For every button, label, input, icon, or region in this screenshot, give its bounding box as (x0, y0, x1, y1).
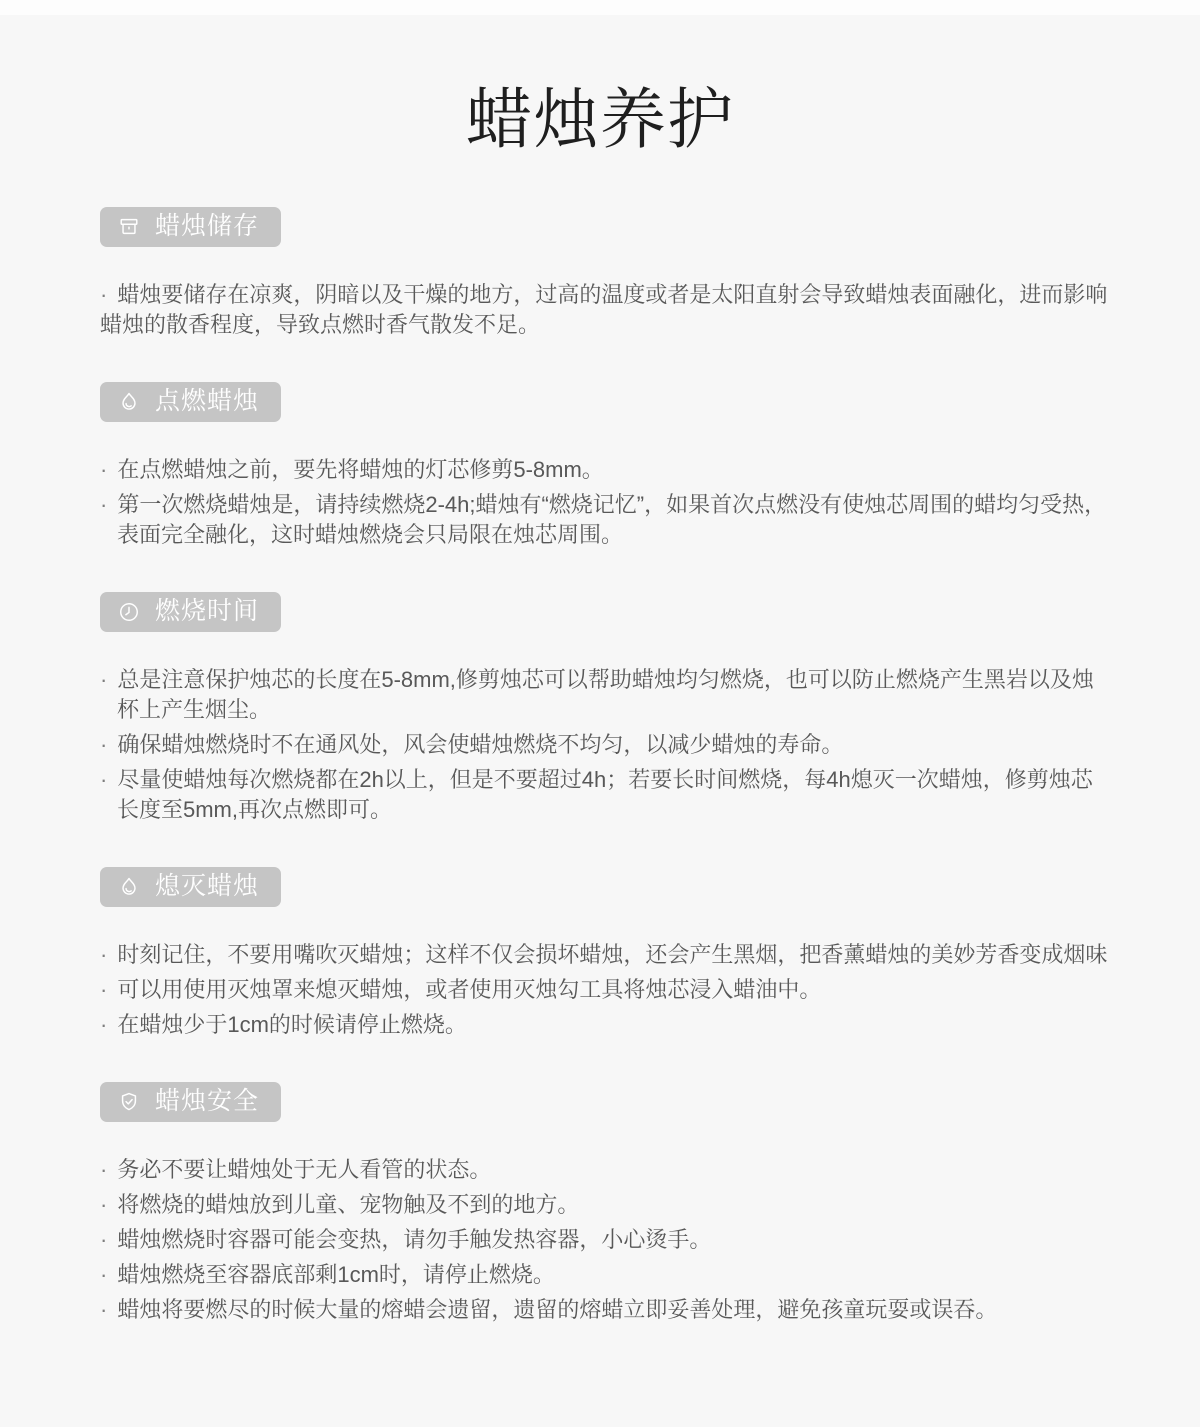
bullet-item: 时刻记住，不要用嘴吹灭蜡烛；这样不仅会损坏蜡烛，还会产生黑烟，把香薰蜡烛的美妙芳… (100, 940, 1108, 970)
section-badge-safety: 蜡烛安全 (100, 1082, 281, 1122)
section-badge-label: 燃烧时间 (155, 599, 259, 626)
section-badge-burn-time: 燃烧时间 (100, 592, 281, 632)
bullet-item: 确保蜡烛燃烧时不在通风处，风会使蜡烛燃烧不均匀，以减少蜡烛的寿命。 (100, 730, 1108, 760)
section-badge-label: 熄灭蜡烛 (155, 874, 259, 901)
section-lighting-candle: 点燃蜡烛 在点燃蜡烛之前，要先将蜡烛的灯芯修剪5-8mm。 第一次燃烧蜡烛是，请… (100, 382, 1108, 550)
flame-icon (118, 876, 140, 898)
section-candle-storage: 蜡烛储存 蜡烛要储存在凉爽，阴暗以及干燥的地方，过高的温度或者是太阳直射会导致蜡… (100, 207, 1108, 340)
bullet-list: 蜡烛要储存在凉爽，阴暗以及干燥的地方，过高的温度或者是太阳直射会导致蜡烛表面融化… (100, 280, 1108, 340)
section-badge-label: 蜡烛安全 (155, 1089, 259, 1116)
bullet-list: 务必不要让蜡烛处于无人看管的状态。 将燃烧的蜡烛放到儿童、宠物触及不到的地方。 … (100, 1155, 1108, 1325)
bullet-item: 蜡烛要储存在凉爽，阴暗以及干燥的地方，过高的温度或者是太阳直射会导致蜡烛表面融化… (100, 280, 1108, 340)
clock-icon (118, 601, 140, 623)
bullet-item: 在蜡烛少于1cm的时候请停止燃烧。 (100, 1010, 1108, 1040)
flame-icon (118, 391, 140, 413)
bullet-item: 可以用使用灭烛罩来熄灭蜡烛，或者使用灭烛勾工具将烛芯浸入蜡油中。 (100, 975, 1108, 1005)
section-badge-lighting: 点燃蜡烛 (100, 382, 281, 422)
section-extinguish-candle: 熄灭蜡烛 时刻记住，不要用嘴吹灭蜡烛；这样不仅会损坏蜡烛，还会产生黑烟，把香薰蜡… (100, 867, 1108, 1040)
page-top-strip (0, 0, 1200, 15)
bullet-list: 在点燃蜡烛之前，要先将蜡烛的灯芯修剪5-8mm。 第一次燃烧蜡烛是，请持续燃烧2… (100, 455, 1108, 550)
bullet-item: 在点燃蜡烛之前，要先将蜡烛的灯芯修剪5-8mm。 (100, 455, 1108, 485)
storage-box-icon (118, 216, 140, 238)
bullet-item: 总是注意保护烛芯的长度在5-8mm,修剪烛芯可以帮助蜡烛均匀燃烧，也可以防止燃烧… (100, 665, 1108, 725)
section-badge-extinguish: 熄灭蜡烛 (100, 867, 281, 907)
shield-check-icon (118, 1091, 140, 1113)
section-candle-safety: 蜡烛安全 务必不要让蜡烛处于无人看管的状态。 将燃烧的蜡烛放到儿童、宠物触及不到… (100, 1082, 1108, 1325)
bullet-item: 蜡烛燃烧至容器底部剩1cm时，请停止燃烧。 (100, 1260, 1108, 1290)
bullet-list: 总是注意保护烛芯的长度在5-8mm,修剪烛芯可以帮助蜡烛均匀燃烧，也可以防止燃烧… (100, 665, 1108, 825)
page-title: 蜡烛养护 (0, 86, 1200, 152)
section-burn-time: 燃烧时间 总是注意保护烛芯的长度在5-8mm,修剪烛芯可以帮助蜡烛均匀燃烧，也可… (100, 592, 1108, 825)
document-body: 蜡烛储存 蜡烛要储存在凉爽，阴暗以及干燥的地方，过高的温度或者是太阳直射会导致蜡… (0, 207, 1200, 1427)
bullet-list: 时刻记住，不要用嘴吹灭蜡烛；这样不仅会损坏蜡烛，还会产生黑烟，把香薰蜡烛的美妙芳… (100, 940, 1108, 1040)
bullet-item: 蜡烛将要燃尽的时候大量的熔蜡会遗留，遗留的熔蜡立即妥善处理，避免孩童玩耍或误吞。 (100, 1295, 1108, 1325)
section-badge-label: 点燃蜡烛 (155, 389, 259, 416)
section-badge-label: 蜡烛储存 (155, 214, 259, 241)
bullet-item: 务必不要让蜡烛处于无人看管的状态。 (100, 1155, 1108, 1185)
bullet-item: 尽量使蜡烛每次燃烧都在2h以上，但是不要超过4h；若要长时间燃烧，每4h熄灭一次… (100, 765, 1108, 825)
section-badge-storage: 蜡烛储存 (100, 207, 281, 247)
bullet-item: 第一次燃烧蜡烛是，请持续燃烧2-4h;蜡烛有“燃烧记忆”，如果首次点燃没有使烛芯… (100, 490, 1108, 550)
bullet-item: 蜡烛燃烧时容器可能会变热，请勿手触发热容器，小心烫手。 (100, 1225, 1108, 1255)
bullet-item: 将燃烧的蜡烛放到儿童、宠物触及不到的地方。 (100, 1190, 1108, 1220)
